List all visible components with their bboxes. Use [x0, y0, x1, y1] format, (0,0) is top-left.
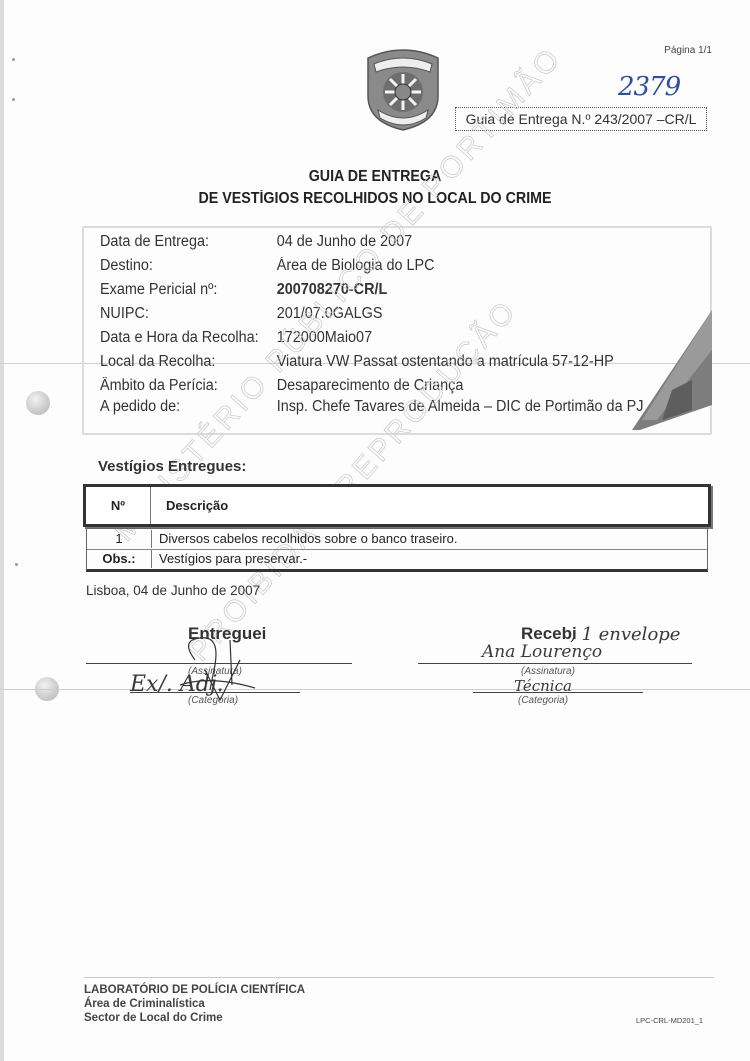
cell-obs-label: Obs.: [87, 550, 152, 568]
document-subtitle: DE VESTÍGIOS RECOLHIDOS NO LOCAL DO CRIM… [30, 190, 720, 208]
scan-speck [12, 58, 15, 61]
punch-hole-top [26, 391, 50, 415]
cell-obs-text: Vestígios para preservar.- [159, 550, 307, 568]
footer-area: Área de Criminalística [84, 998, 205, 1010]
category-label: (Categoria) [518, 695, 568, 706]
received-title: Recebi [521, 624, 577, 644]
info-value: Insp. Chefe Tavares de Almeida – DIC de … [277, 398, 644, 416]
footer-sector: Sector de Local do Crime [84, 1012, 223, 1024]
form-code: LPC-CRL-MD201_1 [636, 1016, 703, 1025]
document-title: GUIA DE ENTREGA [30, 168, 720, 186]
vestigios-table-header: Nº Descrição [83, 484, 711, 527]
category-line [473, 692, 643, 693]
cell-descricao: Diversos cabelos recolhidos sobre o banc… [159, 530, 457, 548]
info-label: Destino: [100, 257, 277, 275]
footer-institution: LABORATÓRIO DE POLÍCIA CIENTÍFICA [84, 984, 305, 996]
table-row: 1 Diversos cabelos recolhidos sobre o ba… [87, 530, 707, 548]
page-indicator: Página 1/1 [664, 45, 712, 56]
info-row-local-recolha: Local da Recolha:Viatura VW Passat osten… [100, 353, 614, 371]
footer-divider [84, 977, 714, 978]
scan-speck [15, 563, 18, 566]
scan-edge [0, 0, 4, 1061]
delivery-info-box: Data de Entrega:04 de Junho de 2007 Dest… [82, 226, 712, 435]
handwritten-number: 2379 [618, 72, 680, 102]
info-label: Data de Entrega: [100, 233, 277, 251]
info-label: NUIPC: [100, 305, 277, 323]
scan-artifact-line [0, 689, 750, 690]
vestigios-table-body: 1 Diversos cabelos recolhidos sobre o ba… [86, 528, 708, 572]
vestigios-heading: Vestígios Entregues: [98, 458, 246, 475]
column-header-numero: Nº [86, 487, 151, 524]
scan-speck [12, 98, 15, 101]
cell-numero: 1 [87, 530, 152, 548]
handwritten-signature-received: Ana Lourenço [482, 642, 602, 662]
table-row-obs: Obs.: Vestígios para preservar.- [87, 549, 707, 568]
column-header-descricao: Descrição [166, 487, 228, 524]
policia-judiciaria-logo [360, 44, 446, 132]
info-label: Data e Hora da Recolha: [100, 329, 277, 347]
info-row-data-hora-recolha: Data e Hora da Recolha:172000Maio07 [100, 329, 372, 347]
signature-line [418, 663, 692, 664]
signature-label: (Assinatura) [521, 666, 575, 677]
signature-scribble [170, 630, 260, 705]
info-row-a-pedido-de: A pedido de:Insp. Chefe Tavares de Almei… [100, 398, 643, 416]
place-date: Lisboa, 04 de Junho de 2007 [86, 583, 260, 598]
page-fold-artifact [612, 310, 712, 430]
info-label: Exame Pericial nº: [100, 281, 277, 299]
